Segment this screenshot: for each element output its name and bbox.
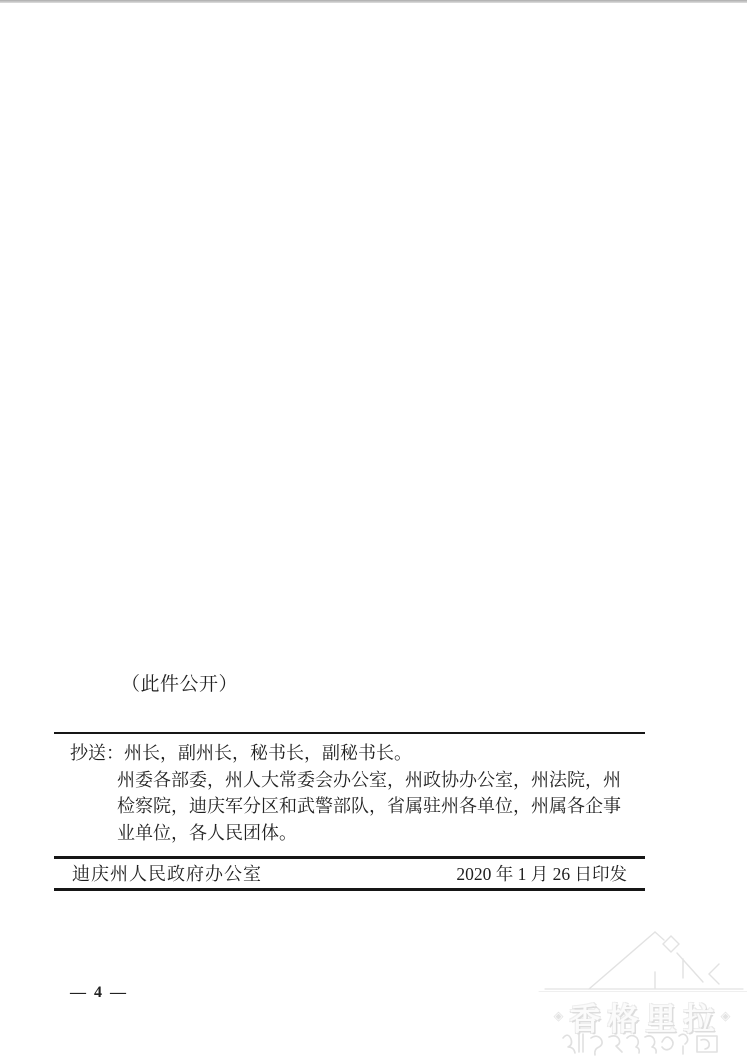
cc-line: 抄送：州长，副州长，秘书长，副秘书长。 (70, 740, 747, 767)
cc-line: 业单位，各人民团体。 (117, 820, 747, 847)
cc-line: 州委各部委，州人大常委会办公室，州政协办公室，州法院，州 (117, 767, 747, 794)
document-page: （此件公开） 抄送：州长，副州长，秘书长，副秘书长。 州委各部委，州人大常委会办… (0, 0, 747, 1060)
watermark-text-row: ◈ 香格里拉 ◈ (537, 994, 747, 1039)
cc-block-top-rule (54, 732, 645, 734)
diamond-ornament-icon: ◈ (554, 1010, 564, 1023)
cc-block: 抄送：州长，副州长，秘书长，副秘书长。 州委各部委，州人大常委会办公室，州政协办… (0, 740, 747, 846)
shangri-la-watermark: ◈ 香格里拉 ◈ (537, 920, 747, 1060)
cc-line: 检察院，迪庆军分区和武警部队，省属驻州各单位，州属各企事 (117, 793, 747, 820)
print-date: 2020 年 1 月 26 日印发 (456, 861, 627, 886)
tibetan-script-watermark (559, 1030, 725, 1058)
scan-edge-artifact (0, 0, 747, 3)
mountain-logo-icon (537, 920, 747, 992)
watermark-text: 香格里拉 (570, 994, 722, 1039)
colophon-row: 迪庆州人民政府办公室 2020 年 1 月 26 日印发 (54, 859, 645, 887)
page-number: — 4 — (70, 984, 128, 1002)
diamond-ornament-icon: ◈ (721, 1010, 731, 1023)
issuing-office: 迪庆州人民政府办公室 (72, 860, 262, 886)
disclosure-note: （此件公开） (121, 669, 238, 696)
colophon-bottom-rule (54, 888, 645, 891)
